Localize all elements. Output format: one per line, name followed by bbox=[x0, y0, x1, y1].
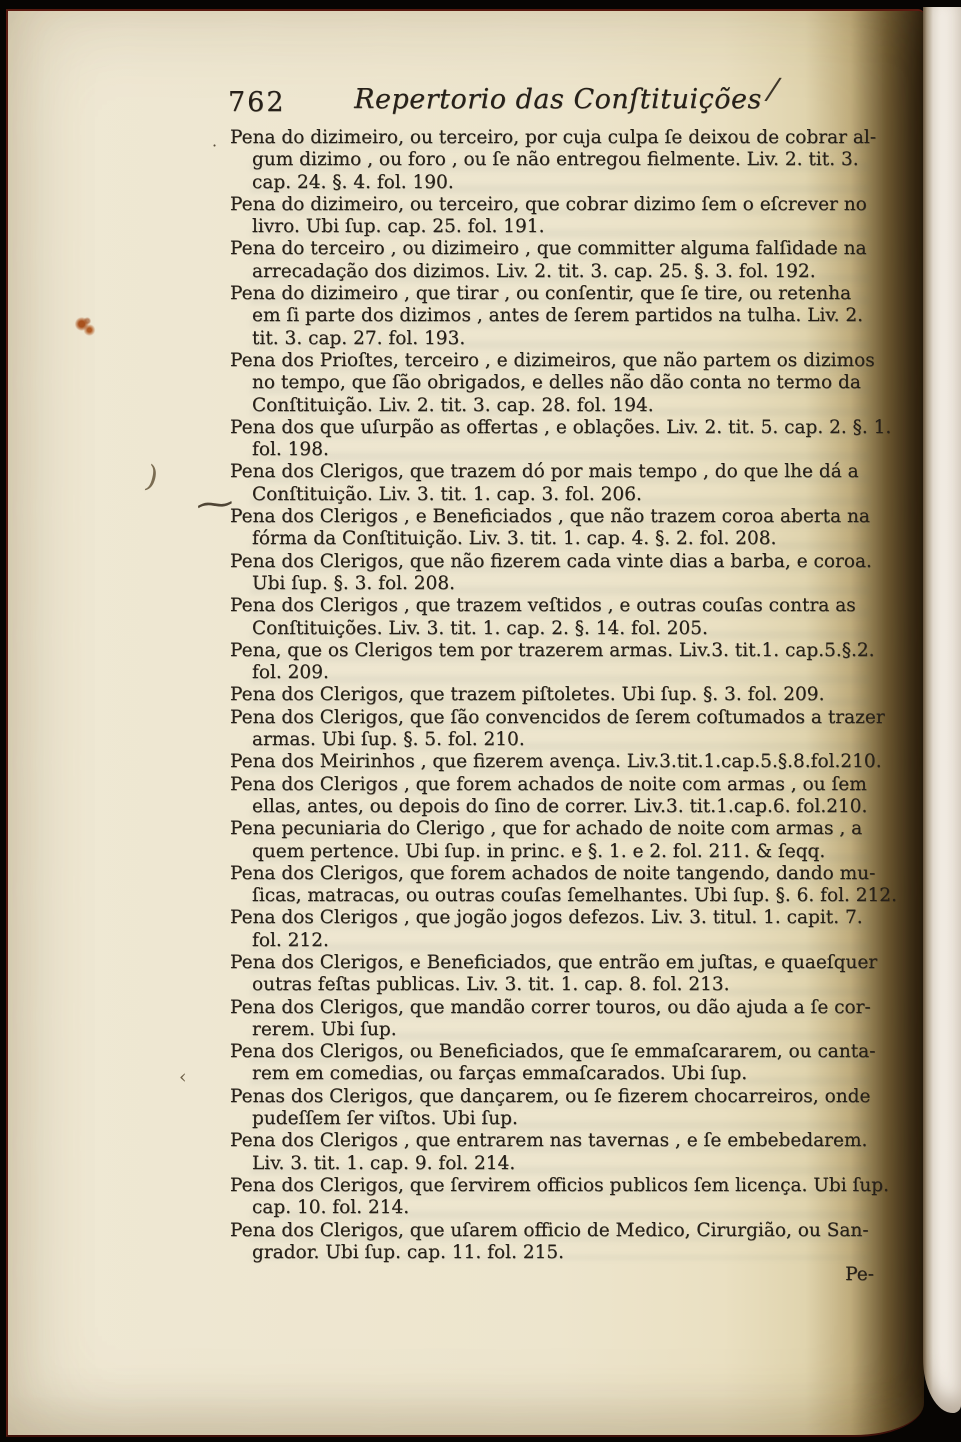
entry-line: cap. 10. fol. 214. bbox=[252, 1197, 886, 1219]
entry-line: Pena pecuniaria do Clerigo , que for ach… bbox=[230, 818, 886, 840]
entry-line: Conſtituição. Liv. 3. tit. 1. cap. 3. fo… bbox=[252, 484, 886, 506]
entry-line: em ſi parte dos dizimos , antes de ſerem… bbox=[252, 305, 886, 327]
index-entry: Pena do dizimeiro, ou terceiro, que cobr… bbox=[230, 194, 886, 239]
entry-line: rem em comedias, ou farças emmaſcarados.… bbox=[252, 1063, 886, 1085]
entry-line: Pena do terceiro , ou dizimeiro , que co… bbox=[230, 238, 886, 260]
entries: Pena do dizimeiro, ou terceiro, por cuja… bbox=[230, 127, 886, 1264]
entry-line: Pena do dizimeiro, ou terceiro, que cobr… bbox=[230, 194, 886, 216]
index-entry: Pena dos Clerigos, que uſarem officio de… bbox=[230, 1220, 886, 1265]
index-entry: Pena dos Clerigos , e Beneficiados , que… bbox=[230, 506, 886, 551]
index-entry: Penas dos Clerigos, que dançarem, ou ſe … bbox=[230, 1086, 886, 1131]
entry-line: Pena dos Clerigos, que mandão correr tou… bbox=[230, 997, 886, 1019]
entry-line: Pena dos Clerigos, que trazem piſtoletes… bbox=[230, 684, 886, 706]
entry-line: livro. Ubi ſup. cap. 25. fol. 191. bbox=[252, 216, 886, 238]
facing-page-edge bbox=[923, 7, 961, 1413]
entry-line: arrecadação dos dizimos. Liv. 2. tit. 3.… bbox=[252, 261, 886, 283]
index-entry: Pena dos Clerigos , que jogão jogos defe… bbox=[230, 907, 886, 952]
entry-line: Ubi ſup. §. 3. fol. 208. bbox=[252, 573, 886, 595]
entry-line: Pena dos Meirinhos , que fizerem avença.… bbox=[230, 751, 886, 773]
entry-line: Pena dos Prioſtes, terceiro , e dizimeir… bbox=[230, 350, 886, 372]
entry-line: Pena do dizimeiro , que tirar , ou conſe… bbox=[230, 283, 886, 305]
entry-line: cap. 24. §. 4. fol. 190. bbox=[252, 172, 886, 194]
entry-line: Pena dos Clerigos, e Beneficiados, que e… bbox=[230, 952, 886, 974]
entry-line: Penas dos Clerigos, que dançarem, ou ſe … bbox=[230, 1086, 886, 1108]
index-entry: Pena dos Clerigos , que entrarem nas tav… bbox=[230, 1130, 886, 1175]
entry-line: Pena dos Clerigos, que não fizerem cada … bbox=[230, 551, 886, 573]
index-entry: Pena do terceiro , ou dizimeiro , que co… bbox=[230, 238, 886, 283]
index-entry: Pena dos Clerigos, e Beneficiados, que e… bbox=[230, 952, 886, 997]
entry-line: pudeſſem ſer viſtos. Ubi ſup. bbox=[252, 1108, 886, 1130]
entry-line: Pena dos Clerigos, que trazem dó por mai… bbox=[230, 461, 886, 483]
index-entry: Pena dos que uſurpão as offertas , e obl… bbox=[230, 417, 886, 462]
entry-line: Pena dos Clerigos, que uſarem officio de… bbox=[230, 1220, 886, 1242]
entry-line: fol. 198. bbox=[252, 439, 886, 461]
index-entry: Pena do dizimeiro, ou terceiro, por cuja… bbox=[230, 127, 886, 194]
index-entry: Pena dos Prioſtes, terceiro , e dizimeir… bbox=[230, 350, 886, 417]
page-number: 762 bbox=[228, 87, 286, 118]
entry-line: tit. 3. cap. 27. fol. 193. bbox=[252, 328, 886, 350]
entry-line: Pena dos que uſurpão as offertas , e obl… bbox=[230, 417, 886, 439]
entry-line: Pena dos Clerigos , que trazem veſtidos … bbox=[230, 595, 886, 617]
entry-line: fol. 209. bbox=[252, 662, 886, 684]
index-entry: Pena dos Clerigos, que ſervirem officios… bbox=[230, 1175, 886, 1220]
index-entry: Pena dos Clerigos , que forem achados de… bbox=[230, 774, 886, 819]
entry-line: ellas, antes, ou depois do ſino de corre… bbox=[252, 796, 886, 818]
entry-line: Pena dos Clerigos, que ſão convencidos d… bbox=[230, 707, 886, 729]
index-entry: Pena dos Clerigos, que ſão convencidos d… bbox=[230, 707, 886, 752]
entry-line: ſicas, matracas, ou outras couſas ſemelh… bbox=[252, 885, 886, 907]
index-entry: Pena dos Clerigos, que mandão correr tou… bbox=[230, 997, 886, 1042]
entry-line: rerem. Ubi ſup. bbox=[252, 1019, 886, 1041]
entry-line: Conſtituição. Liv. 2. tit. 3. cap. 28. f… bbox=[252, 395, 886, 417]
entry-line: Pena do dizimeiro, ou terceiro, por cuja… bbox=[230, 127, 886, 149]
entry-line: no tempo, que ſão obrigados, e delles nã… bbox=[252, 372, 886, 394]
index-entry: Pena dos Meirinhos , que fizerem avença.… bbox=[230, 751, 886, 773]
entry-line: Pena dos Clerigos , e Beneficiados , que… bbox=[230, 506, 886, 528]
entry-line: Conſtituições. Liv. 3. tit. 1. cap. 2. §… bbox=[252, 618, 886, 640]
index-entry: Pena dos Clerigos, que não fizerem cada … bbox=[230, 551, 886, 596]
running-title: Repertorio das Conſtituições bbox=[230, 84, 886, 115]
index-entry: Pena pecuniaria do Clerigo , que for ach… bbox=[230, 818, 886, 863]
entry-line: fórma da Conſtituição. Liv. 3. tit. 1. c… bbox=[252, 528, 886, 550]
entry-line: Pena dos Clerigos , que entrarem nas tav… bbox=[230, 1130, 886, 1152]
entry-line: Pena dos Clerigos , que jogão jogos defe… bbox=[230, 907, 886, 929]
book-scan: 762 Repertorio das Conſtituições Pena do… bbox=[0, 0, 961, 1442]
entry-line: Pena, que os Clerigos tem por trazerem a… bbox=[230, 640, 886, 662]
index-entry: Pena, que os Clerigos tem por trazerem a… bbox=[230, 640, 886, 685]
entry-line: gum dizimo , ou foro , ou ſe não entrego… bbox=[252, 149, 886, 171]
entry-line: fol. 212. bbox=[252, 930, 886, 952]
index-entry: Pena dos Clerigos, ou Beneficiados, que … bbox=[230, 1041, 886, 1086]
entry-line: armas. Ubi ſup. §. 5. fol. 210. bbox=[252, 729, 886, 751]
entry-line: Pena dos Clerigos, que ſervirem officios… bbox=[230, 1175, 886, 1197]
entry-line: grador. Ubi ſup. cap. 11. fol. 215. bbox=[252, 1242, 886, 1264]
index-entry: Pena dos Clerigos, que trazem dó por mai… bbox=[230, 461, 886, 506]
entry-line: Pena dos Clerigos, que forem achados de … bbox=[230, 863, 886, 885]
catchword: Pe- bbox=[230, 1264, 886, 1286]
index-entry: Pena dos Clerigos, que forem achados de … bbox=[230, 863, 886, 908]
entry-line: Pena dos Clerigos , que forem achados de… bbox=[230, 774, 886, 796]
page-text: 762 Repertorio das Conſtituições Pena do… bbox=[230, 84, 886, 1286]
entry-line: Liv. 3. tit. 1. cap. 9. fol. 214. bbox=[252, 1153, 886, 1175]
index-entry: Pena do dizimeiro , que tirar , ou conſe… bbox=[230, 283, 886, 350]
entry-line: quem pertence. Ubi ſup. in princ. e §. 1… bbox=[252, 841, 886, 863]
index-entry: Pena dos Clerigos , que trazem veſtidos … bbox=[230, 595, 886, 640]
index-entry: Pena dos Clerigos, que trazem piſtoletes… bbox=[230, 684, 886, 706]
entry-line: Pena dos Clerigos, ou Beneficiados, que … bbox=[230, 1041, 886, 1063]
entry-line: outras feſtas publicas. Liv. 3. tit. 1. … bbox=[252, 974, 886, 996]
page-header: 762 Repertorio das Conſtituições bbox=[230, 84, 886, 118]
